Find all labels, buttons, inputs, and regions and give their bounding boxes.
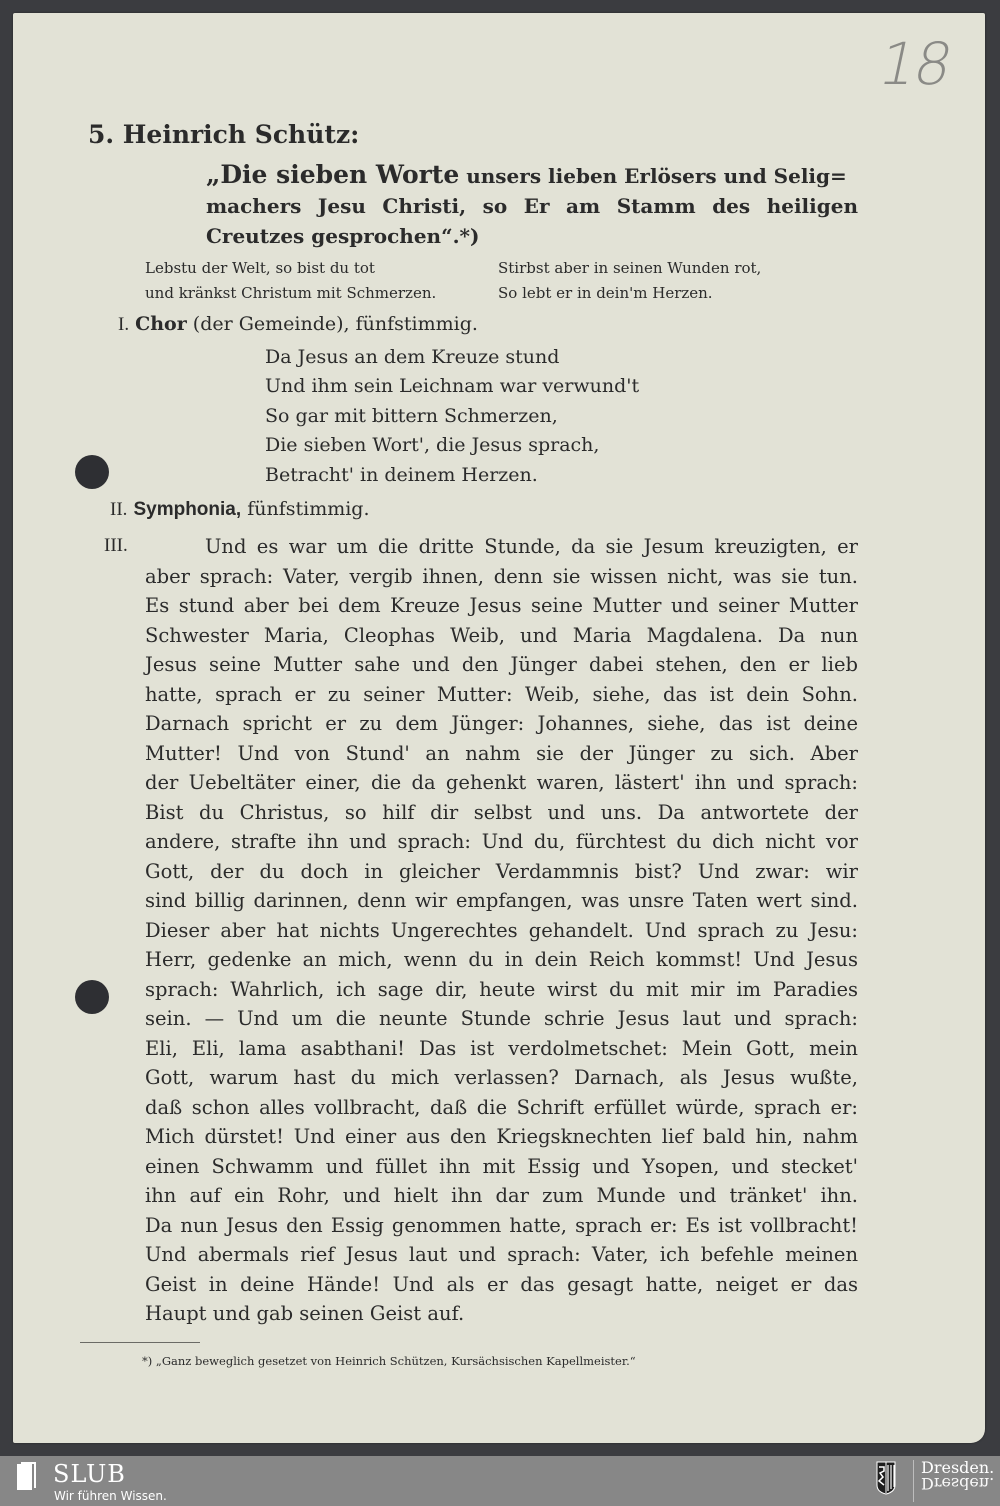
body-line: Da nun Jesus den Essig genommen hatte, s… — [145, 1214, 858, 1237]
epigraph-left-2: und kränkst Christum mit Schmerzen. — [145, 284, 436, 302]
body-line: Geist in deine Hände! Und als er das ges… — [145, 1273, 858, 1296]
work-title-line-2: machers Jesu Christi, so Er am Stamm des… — [206, 194, 858, 218]
body-line: der Uebeltäter einer, die da gehenkt war… — [145, 771, 858, 794]
section-description: (der Gemeinde), fünfstimmig. — [193, 313, 478, 335]
footer-bar: SLUB Wir führen Wissen. Dresden. Dresden… — [0, 1456, 1000, 1506]
poem-line: So gar mit bittern Schmerzen, — [265, 405, 558, 427]
section-numeral: II. — [110, 499, 127, 520]
body-line: Mich dürstet! Und einer aus den Kriegskn… — [145, 1125, 858, 1148]
body-line: Jesus seine Mutter sahe und den Jünger d… — [145, 653, 858, 676]
work-title-emphasis: „Die sieben Worte — [206, 160, 459, 189]
body-line: Gott, warum hast du mich verlassen? Darn… — [145, 1066, 858, 1089]
footer-divider — [913, 1460, 914, 1502]
section-1: I. Chor (der Gemeinde), fünfstimmig. — [118, 313, 478, 336]
body-line: Und abermals rief Jesus laut und sprach:… — [145, 1243, 858, 1266]
section-3-numeral: III. — [104, 535, 128, 557]
work-title-line-3: Creutzes gesprochen“.*) — [206, 224, 479, 248]
body-line: aber sprach: Vater, vergib ihnen, denn s… — [145, 565, 858, 588]
work-title-line-1: „Die sieben Worte unsers lieben Erlösers… — [206, 160, 847, 189]
body-line: einen Schwamm und füllet ihn mit Essig u… — [145, 1155, 858, 1178]
slub-book-icon — [14, 1462, 40, 1492]
body-line: ihn auf ein Rohr, und hielt ihn dar zum … — [145, 1184, 858, 1207]
footnote-divider — [80, 1342, 200, 1343]
poem-line: Da Jesus an dem Kreuze stund — [265, 346, 559, 368]
section-2: II. Symphonia, fünfstimmig. — [110, 498, 370, 521]
body-line: Bist du Christus, so hilf dir selbst und… — [145, 801, 858, 824]
section-label: Symphonia, — [133, 499, 241, 520]
dresden-crest-icon[interactable] — [876, 1461, 896, 1495]
punch-hole-bottom — [75, 980, 109, 1014]
body-line: hatte, sprach er zu seiner Mutter: Weib,… — [145, 683, 858, 706]
section-numeral: I. — [118, 314, 129, 335]
body-line: Darnach spricht er zu dem Jünger: Johann… — [145, 712, 858, 735]
body-line: sprach: Wahrlich, ich sage dir, heute wi… — [145, 978, 858, 1001]
body-line: andere, strafte ihn und sprach: Und du, … — [145, 830, 858, 853]
epigraph-left-1: Lebstu der Welt, so bist du tot — [145, 259, 375, 277]
handwritten-page-number: 18 — [873, 30, 957, 98]
section-description: fünfstimmig. — [247, 498, 369, 520]
body-line: sind billig darinnen, denn wir empfangen… — [145, 889, 858, 912]
body-line: Gott, der du doch in gleicher Verdammnis… — [145, 860, 858, 883]
slub-tagline: Wir führen Wissen. — [54, 1489, 167, 1503]
body-line: Mutter! Und von Stund' an nahm sie der J… — [145, 742, 858, 765]
body-line: daß schon alles vollbracht, daß die Schr… — [145, 1096, 858, 1119]
section-label: Chor — [135, 313, 187, 335]
body-line: sein. — Und um die neunte Stunde schrie … — [145, 1007, 858, 1030]
body-line: Dieser aber hat nichts Ungerechtes gehan… — [145, 919, 858, 942]
body-line: Es stund aber bei dem Kreuze Jesus seine… — [145, 594, 858, 617]
footnote: *) „Ganz beweglich gesetzet von Heinrich… — [142, 1354, 636, 1368]
slub-brand[interactable]: SLUB — [53, 1460, 126, 1488]
punch-hole-top — [75, 455, 109, 489]
epigraph-right-2: So lebt er in dein'm Herzen. — [498, 284, 713, 302]
body-line: Eli, Eli, lama asabthani! Das ist verdol… — [145, 1037, 858, 1060]
dresden-wordmark-mirror: Dresden. — [921, 1475, 994, 1491]
epigraph-right-1: Stirbst aber in seinen Wunden rot, — [498, 259, 761, 277]
composer-heading: 5. Heinrich Schütz: — [88, 120, 359, 149]
poem-line: Die sieben Wort', die Jesus sprach, — [265, 434, 599, 456]
poem-line: Betracht' in deinem Herzen. — [265, 464, 538, 486]
body-line: Und es war um die dritte Stunde, da sie … — [205, 535, 858, 558]
body-line: Haupt und gab seinen Geist auf. — [145, 1302, 858, 1325]
work-title-continuation: unsers lieben Erlösers und Selig= — [466, 164, 847, 188]
body-line: Schwester Maria, Cleophas Weib, und Mari… — [145, 624, 858, 647]
poem-line: Und ihm sein Leichnam war verwund't — [265, 375, 639, 397]
body-line: Herr, gedenke an mich, wenn du in dein R… — [145, 948, 858, 971]
